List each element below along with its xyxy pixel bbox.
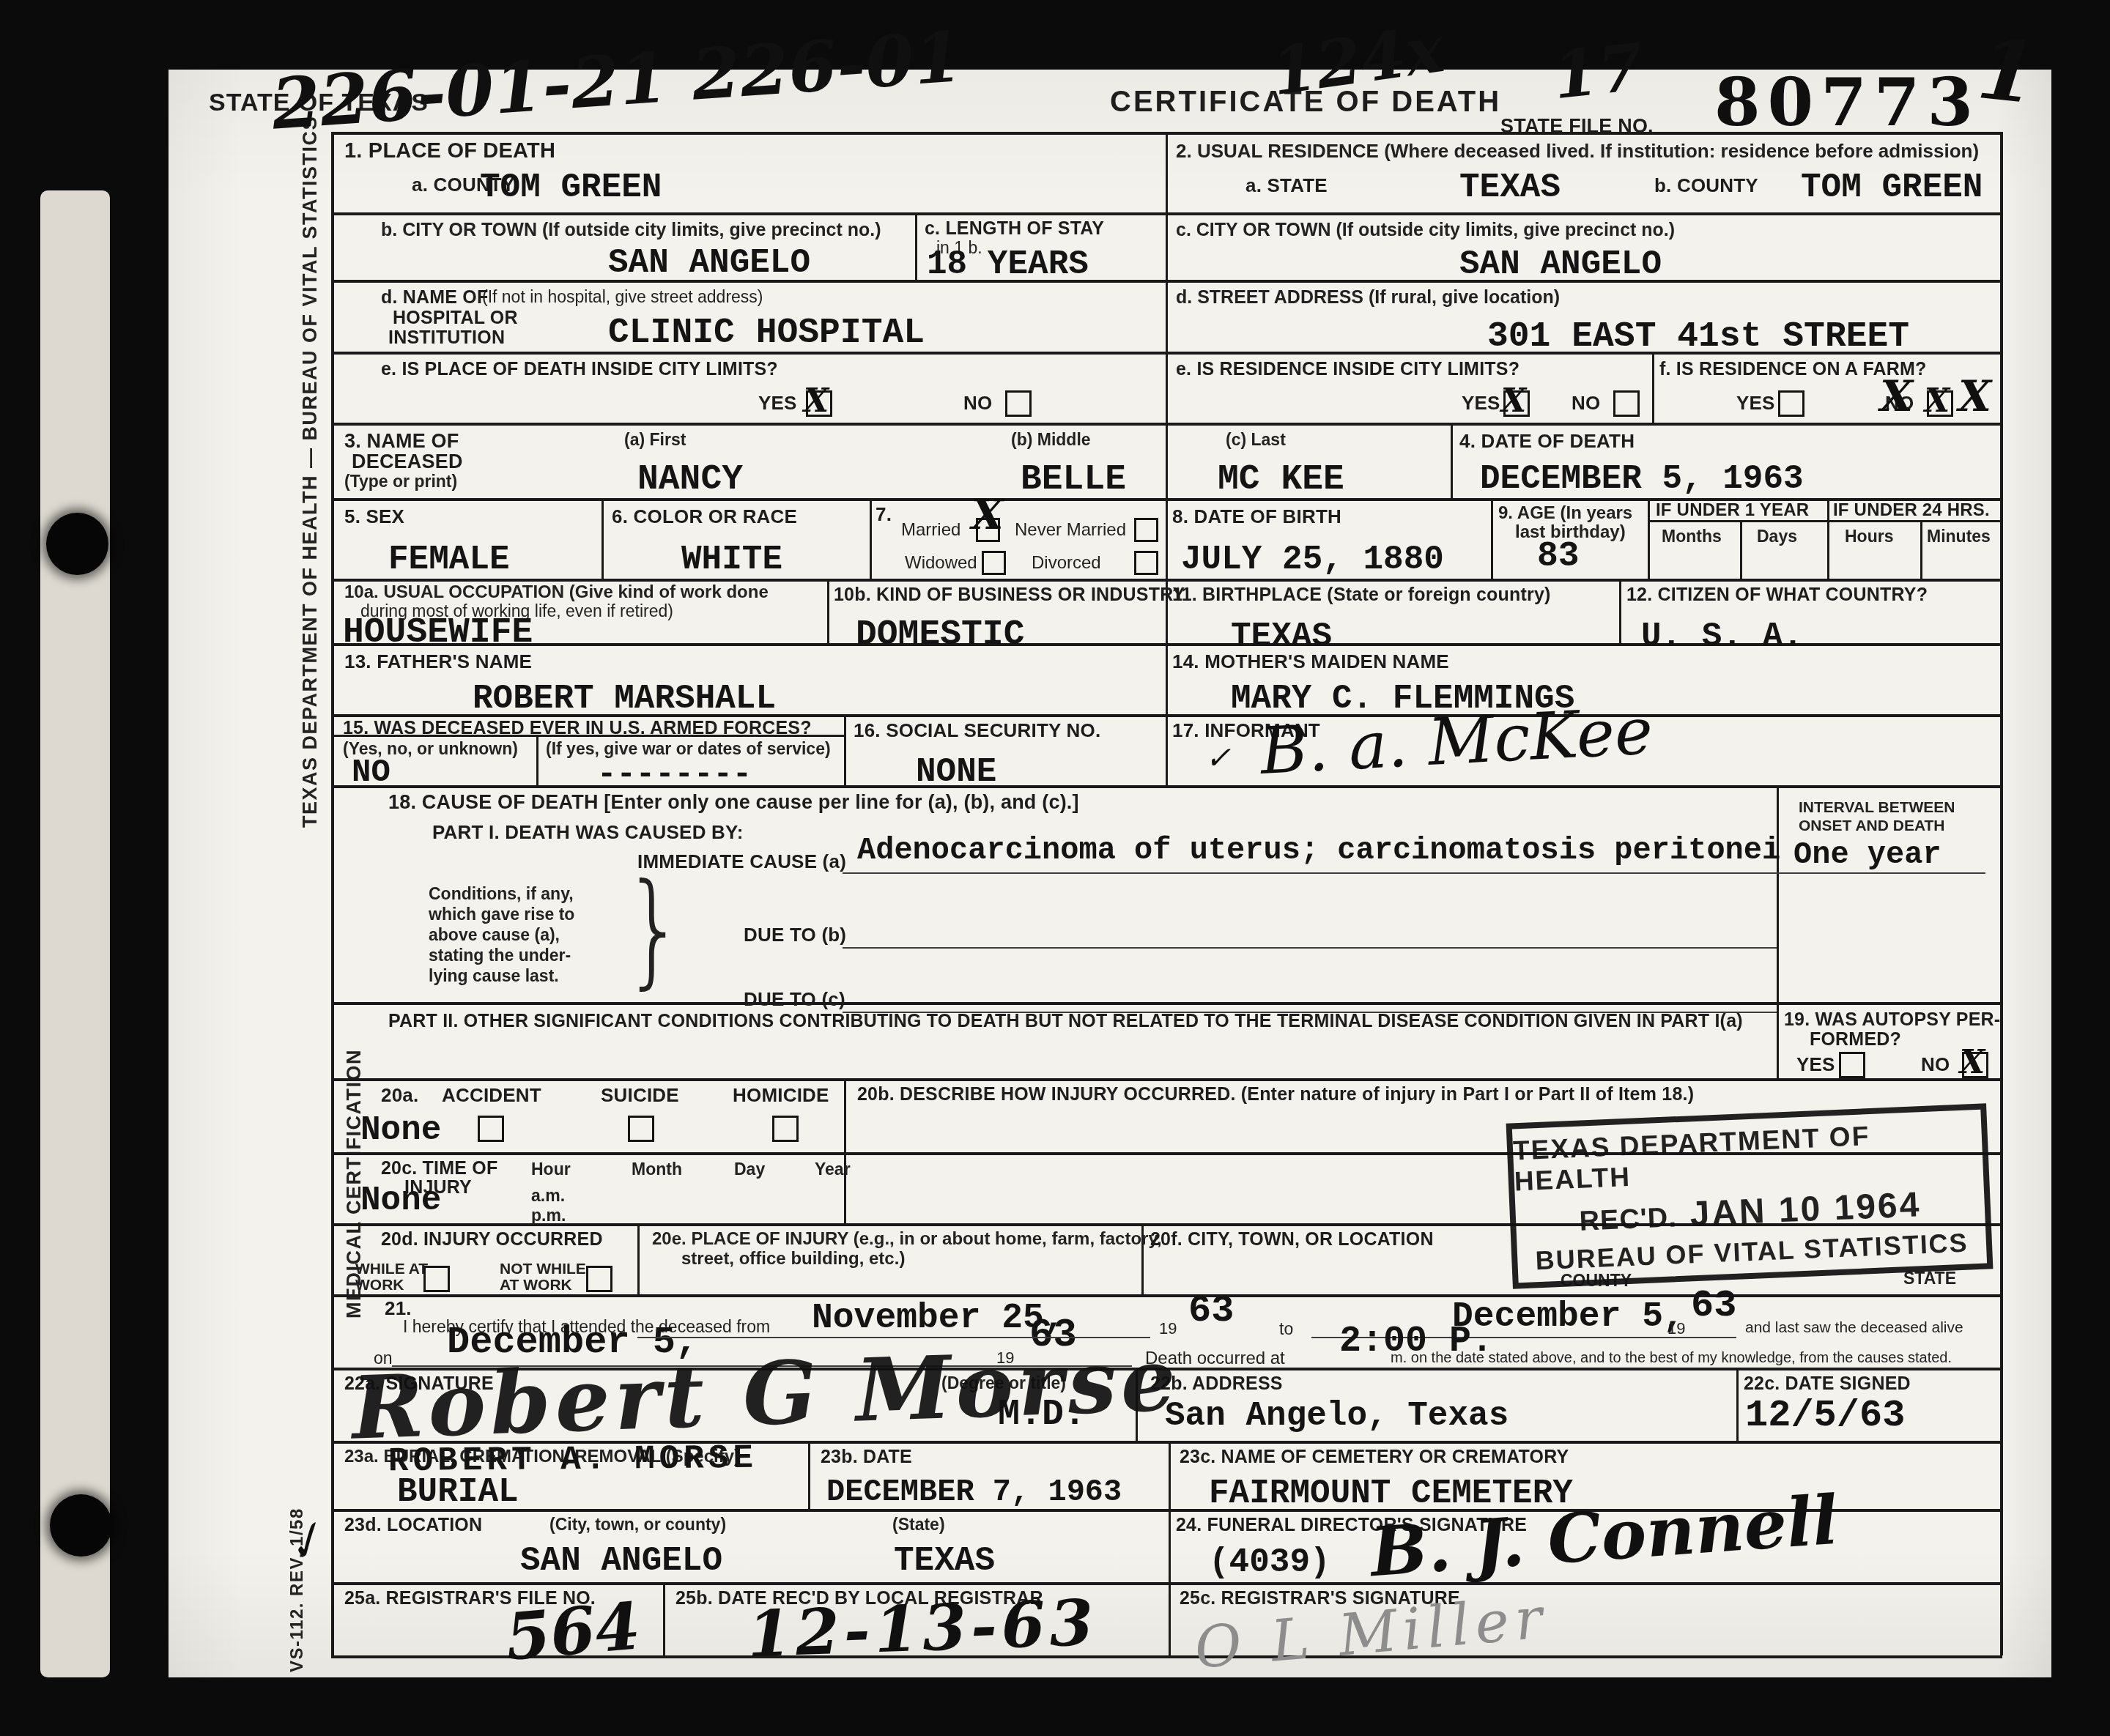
suicide-checkbox — [628, 1116, 654, 1142]
x-mark: X — [1501, 382, 1526, 420]
married-label: Married — [901, 520, 960, 541]
pod-limits-yes-label: YES — [758, 392, 797, 415]
res-limits-no-checkbox — [1613, 390, 1640, 417]
marital-status-label: 7. — [876, 503, 892, 526]
interval-value: One year — [1793, 837, 1941, 872]
divider — [1491, 498, 1493, 579]
conditions-note-line3: above cause (a), — [429, 925, 560, 945]
city-town-county-note: (City, town, or county) — [549, 1515, 726, 1535]
minutes-label: Minutes — [1927, 527, 1991, 546]
funeral-director-number: (4039) — [1209, 1543, 1330, 1581]
accident-checkbox — [478, 1116, 504, 1142]
attended-from-date: November 25, — [812, 1299, 1065, 1338]
hours-label: Hours — [1845, 527, 1893, 546]
burial-city-value: SAN ANGELO — [520, 1542, 722, 1580]
conditions-note-line4: stating the under- — [429, 946, 571, 965]
res-state-label: a. STATE — [1245, 174, 1328, 197]
pod-city-value: SAN ANGELO — [608, 244, 810, 282]
describe-injury-label: 20b. DESCRIBE HOW INJURY OCCURRED. (Ente… — [857, 1084, 1694, 1105]
mothers-maiden-name-label: 14. MOTHER'S MAIDEN NAME — [1172, 650, 1449, 673]
punch-hole-bottom — [50, 1494, 112, 1557]
conditions-note-line5: lying cause last. — [429, 966, 559, 986]
date-of-birth-label: 8. DATE OF BIRTH — [1172, 505, 1341, 528]
cause-of-death-label: 18. CAUSE OF DEATH [Enter only one cause… — [388, 791, 1079, 814]
pod-limits-label: e. IS PLACE OF DEATH INSIDE CITY LIMITS? — [381, 359, 778, 380]
autopsy-yes-checkbox — [1839, 1052, 1865, 1078]
res-state-value: TEXAS — [1459, 168, 1561, 207]
hospital-label-2: HOSPITAL OR — [393, 308, 518, 329]
conditions-note-line1: Conditions, if any, — [429, 884, 574, 904]
res-limits-yes-checkbox: X — [1503, 390, 1530, 417]
interval-label-2: ONSET AND DEATH — [1799, 817, 1945, 835]
divider — [601, 498, 604, 579]
first-name-value: NANCY — [637, 460, 743, 500]
divider — [915, 212, 917, 280]
stamp-recd-label: REC'D. — [1579, 1202, 1678, 1238]
conditions-brace: } — [623, 857, 686, 1001]
informant-check-mark: ✓ — [1205, 740, 1231, 776]
accident-none-value: None — [360, 1111, 441, 1149]
divider — [1619, 579, 1621, 643]
state-file-number: 80773 — [1714, 64, 1980, 141]
divider — [827, 579, 829, 643]
while-at-work-label: WHILE AT — [355, 1261, 428, 1278]
not-while-at-work-label-2: AT WORK — [500, 1277, 572, 1294]
divider — [331, 785, 2002, 788]
age-value: 83 — [1537, 537, 1580, 576]
part2-label: PART II. OTHER SIGNIFICANT CONDITIONS CO… — [388, 1011, 1743, 1032]
citizen-value: U. S. A. — [1641, 617, 1803, 656]
autopsy-no-checkbox: X — [1962, 1052, 1988, 1078]
race-label: 6. COLOR OR RACE — [612, 505, 797, 528]
street-address-label: d. STREET ADDRESS (If rural, give locati… — [1176, 287, 1560, 308]
to-word: to — [1279, 1319, 1293, 1339]
accident-label: ACCIDENT — [442, 1084, 541, 1107]
sex-value: FEMALE — [388, 541, 510, 579]
handwritten-file-codes: 226-01-21 226-01 — [269, 16, 965, 146]
if-under-1-year-label: IF UNDER 1 YEAR — [1656, 500, 1809, 521]
scanned-death-certificate: { "header": { "state_of_texas": "STATE O… — [0, 0, 2110, 1736]
city-town-location-label: 20f. CITY, TOWN, OR LOCATION — [1150, 1229, 1434, 1250]
handwritten-mark-17: 17 — [1550, 29, 1647, 114]
punch-hole-top — [46, 513, 108, 575]
divider — [1740, 520, 1742, 579]
not-while-at-work-checkbox — [586, 1266, 612, 1292]
divider — [1648, 498, 1650, 579]
armed-forces-value: NO — [352, 754, 390, 791]
burial-date-value: DECEMBER 7, 1963 — [826, 1475, 1122, 1510]
married-x-mark: X — [971, 491, 1003, 539]
date-of-birth-value: JULY 25, 1880 — [1181, 541, 1444, 579]
divider — [1451, 423, 1453, 498]
divider — [870, 498, 872, 579]
deceased-label: DECEASED — [352, 450, 463, 473]
burial-state-value: TEXAS — [894, 1542, 995, 1580]
conditions-note-line2: which gave rise to — [429, 905, 574, 924]
name-of-deceased-label: 3. NAME OF — [344, 430, 459, 453]
received-stamp: TEXAS DEPARTMENT OF HEALTH REC'D. JAN 10… — [1506, 1103, 1994, 1288]
war-dates-value: -------- — [597, 757, 752, 793]
never-married-label: Never Married — [1015, 520, 1126, 541]
type-or-print-note: (Type or print) — [344, 472, 457, 492]
date-signed-value: 12/5/63 — [1745, 1394, 1905, 1437]
date-of-death-label: 4. DATE OF DEATH — [1459, 430, 1635, 453]
occupation-label: 10a. USUAL OCCUPATION (Give kind of work… — [344, 582, 769, 603]
place-of-injury-label: 20e. PLACE OF INJURY (e.g., in or about … — [652, 1229, 1162, 1250]
certificate-page: STATE OF TEXAS 226-01-21 226-01 CERTIFIC… — [169, 70, 2051, 1677]
due-to-b-label: DUE TO (b) — [744, 924, 846, 946]
divider — [2000, 132, 2003, 1655]
hour-label: Hour — [531, 1160, 571, 1179]
cemetery-label: 23c. NAME OF CEMETERY OR CREMATORY — [1180, 1447, 1569, 1468]
department-vertical-text: TEXAS DEPARTMENT OF HEALTH — BUREAU OF V… — [299, 286, 322, 828]
farm-no-scribble: X — [1880, 371, 1913, 421]
divider — [536, 735, 538, 785]
res-limits-label: e. IS RESIDENCE INSIDE CITY LIMITS? — [1176, 359, 1519, 380]
divider — [331, 1002, 2002, 1005]
blank-line — [843, 872, 1985, 874]
time-of-injury-label: 20c. TIME OF — [381, 1158, 497, 1179]
hospital-value: CLINIC HOSPITAL — [608, 314, 925, 353]
day-label: Day — [734, 1160, 765, 1179]
divider — [663, 1582, 665, 1655]
divider — [331, 132, 334, 1655]
fathers-name-value: ROBERT MARSHALL — [473, 680, 776, 718]
corner-pen-mark: 1 — [1973, 19, 2042, 124]
street-address-value: 301 EAST 41st STREET — [1487, 317, 1909, 357]
divider — [1736, 1368, 1739, 1441]
if-under-24-hrs-label: IF UNDER 24 HRS. — [1833, 500, 1990, 521]
farm-no-extra-x: X — [1958, 371, 1991, 421]
months-label: Months — [1662, 527, 1722, 546]
divider — [331, 1294, 2002, 1297]
location-label: 23d. LOCATION — [344, 1515, 482, 1536]
stamp-date: JAN 10 1964 — [1689, 1184, 1922, 1234]
days-label: Days — [1757, 527, 1797, 546]
pre-printed-19-b: 19 — [1667, 1319, 1685, 1338]
homicide-checkbox — [772, 1116, 799, 1142]
ssn-label: 16. SOCIAL SECURITY NO. — [854, 719, 1100, 742]
place-of-death-title: 1. PLACE OF DEATH — [344, 139, 555, 163]
x-mark: X — [804, 382, 829, 420]
res-limits-no-label: NO — [1572, 392, 1600, 415]
divider — [808, 1441, 810, 1509]
birthplace-label: 11. BIRTHPLACE (State or foreign country… — [1172, 585, 1551, 606]
due-to-c-label: DUE TO (c) — [744, 988, 845, 1011]
address-value: San Angelo, Texas — [1165, 1397, 1509, 1435]
registrar-file-value: 564 — [503, 1587, 643, 1675]
age-label: 9. AGE (In years — [1498, 503, 1632, 524]
immediate-cause-value: Adenocarcinoma of uterus; carcinomatosis… — [857, 833, 1780, 868]
am-label: a.m. — [531, 1186, 565, 1206]
autopsy-no-label: NO — [1921, 1053, 1950, 1076]
divider — [1166, 132, 1168, 785]
while-at-work-label-2: WORK — [355, 1277, 404, 1294]
time-of-injury-none-value: None — [360, 1182, 441, 1220]
not-while-at-work-label: NOT WHILE — [500, 1261, 586, 1278]
while-at-work-checkbox — [423, 1266, 450, 1292]
part1-label: PART I. DEATH WAS CAUSED BY: — [432, 821, 744, 844]
suicide-label: SUICIDE — [601, 1084, 679, 1107]
divider — [1827, 498, 1829, 579]
film-edge-strip — [40, 190, 110, 1677]
hospital-label-3: INSTITUTION — [388, 327, 505, 349]
certify-text-2: and last saw the deceased alive — [1745, 1319, 1963, 1337]
ssn-value: NONE — [916, 753, 996, 791]
never-married-checkbox — [1134, 518, 1158, 542]
autopsy-label-2: FORMED? — [1810, 1029, 1901, 1050]
blank-line — [843, 947, 1777, 949]
pm-label: p.m. — [531, 1206, 566, 1225]
pod-county-value: TOM GREEN — [480, 168, 662, 207]
date-signed-label: 22c. DATE SIGNED — [1744, 1373, 1911, 1395]
res-city-label: c. CITY OR TOWN (If outside city limits,… — [1176, 220, 1675, 241]
citizen-label: 12. CITIZEN OF WHAT COUNTRY? — [1626, 585, 1928, 606]
date-recd-value: 12-13-63 — [746, 1586, 1099, 1672]
homicide-label: HOMICIDE — [733, 1084, 829, 1107]
margin-pen-tick: ✓ — [275, 1510, 336, 1577]
to-year-value: 63 — [1691, 1284, 1736, 1327]
business-label: 10b. KIND OF BUSINESS OR INDUSTRY — [834, 585, 1185, 606]
occupation-value: HOUSEWIFE — [343, 613, 533, 653]
divorced-checkbox — [1134, 551, 1158, 575]
divider — [331, 1582, 2002, 1585]
divider — [844, 1078, 846, 1223]
sex-label: 5. SEX — [344, 505, 404, 528]
injury-occurred-label: 20d. INJURY OCCURRED — [381, 1229, 603, 1250]
hospital-note: (If not in hospital, give street address… — [482, 287, 763, 307]
autopsy-yes-label: YES — [1796, 1053, 1835, 1076]
res-city-value: SAN ANGELO — [1459, 245, 1662, 283]
divider — [1777, 785, 1779, 1078]
divider — [637, 1223, 640, 1294]
from-year-value: 63 — [1188, 1289, 1234, 1332]
race-value: WHITE — [681, 541, 782, 579]
divorced-label: Divorced — [1032, 553, 1101, 574]
year-label: Year — [815, 1160, 851, 1179]
length-of-stay-label: c. LENGTH OF STAY — [925, 218, 1104, 240]
last-name-value: MC KEE — [1218, 460, 1344, 500]
burial-date-label: 23b. DATE — [821, 1447, 912, 1468]
divider — [331, 1078, 2002, 1081]
pod-limits-yes-checkbox: X — [806, 390, 832, 417]
war-dates-note: (If yes, give war or dates of service) — [546, 739, 831, 759]
res-limits-yes-label: YES — [1462, 392, 1500, 415]
length-of-stay-value: 18 YEARS — [927, 245, 1089, 283]
last-name-label: (c) Last — [1226, 430, 1286, 450]
divider — [1652, 352, 1654, 423]
hospital-label: d. NAME OF — [381, 287, 488, 308]
divider — [1169, 1441, 1171, 1655]
state-note: (State) — [892, 1515, 945, 1535]
farm-yes-label: YES — [1736, 392, 1775, 415]
place-of-injury-label-2: street, office building, etc.) — [681, 1249, 905, 1269]
widowed-label: Widowed — [905, 553, 977, 574]
widowed-checkbox — [982, 551, 1006, 575]
farm-no-checkbox: X — [1927, 390, 1953, 417]
middle-name-label: (b) Middle — [1011, 430, 1091, 450]
pod-limits-no-label: NO — [963, 392, 992, 415]
business-value: DOMESTIC — [856, 615, 1024, 655]
date-of-death-value: DECEMBER 5, 1963 — [1480, 460, 1804, 498]
x-mark: X — [1925, 382, 1950, 420]
divider — [1920, 520, 1922, 579]
fathers-name-label: 13. FATHER'S NAME — [344, 650, 532, 673]
month-label: Month — [632, 1160, 682, 1179]
autopsy-label: 19. WAS AUTOPSY PER- — [1784, 1009, 2000, 1031]
res-county-value: TOM GREEN — [1801, 168, 1983, 207]
time-of-death-value: 2:00 P. — [1339, 1321, 1493, 1362]
res-county-label: b. COUNTY — [1654, 174, 1758, 197]
first-name-label: (a) First — [624, 430, 686, 450]
pod-limits-no-checkbox — [1005, 390, 1032, 417]
interval-label: INTERVAL BETWEEN — [1799, 799, 1955, 817]
item-20a-label: 20a. — [381, 1084, 418, 1107]
x-mark: X — [1960, 1044, 1985, 1081]
divider — [844, 714, 846, 785]
pod-city-label: b. CITY OR TOWN (If outside city limits,… — [381, 220, 881, 241]
residence-title: 2. USUAL RESIDENCE (Where deceased lived… — [1176, 140, 1979, 163]
armed-forces-label: 15. WAS DECEASED EVER IN U.S. ARMED FORC… — [343, 718, 812, 739]
middle-name-value: BELLE — [1021, 460, 1126, 500]
farm-yes-checkbox — [1778, 390, 1804, 417]
